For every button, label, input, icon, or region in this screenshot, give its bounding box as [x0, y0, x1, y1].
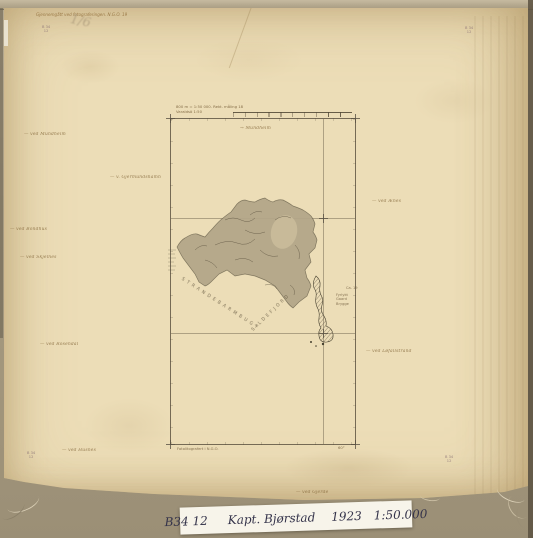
paper-stain — [60, 50, 120, 84]
corner-cross — [166, 440, 175, 449]
latitude-note: 60° — [338, 446, 345, 450]
narrow-island — [313, 276, 333, 342]
paper-corner-lift — [4, 20, 8, 46]
paper-stain — [194, 38, 304, 82]
scanned-map-sheet: Gjennemgått ved fotograferingen. N.G.O. … — [0, 0, 533, 538]
margin-annotation: — ved Bondhus — [10, 227, 47, 232]
sheet-stamp-top-left: B 34 12 — [42, 25, 50, 33]
sheet-stamp-bottom-right: B 34 12 — [445, 455, 453, 463]
margin-annotation: — ved Ænes — [372, 199, 401, 204]
survey-year: 1923 — [331, 508, 362, 523]
corner-cross — [166, 114, 175, 123]
print-note: Fotolitografert i N.G.O. — [177, 447, 219, 451]
margin-annotation: — ved Skjelnes — [20, 255, 57, 260]
margin-annotation: — ved Gjerde — [296, 490, 328, 495]
frame-ticks-bottom — [171, 442, 355, 445]
margin-annotation: — ved Rosendal — [40, 342, 78, 347]
margin-annotation: — v. Gjermundshamn — [110, 175, 161, 180]
thread-fray — [4, 488, 42, 516]
paper-stain — [284, 448, 414, 488]
map-legend: Ca. 19 Fyrlykt Gaard Brygge — [336, 286, 358, 306]
paper-wrinkles — [474, 16, 528, 496]
margin-annotation: — ved Husnes — [62, 448, 96, 453]
margin-annotation: — ved Mundheim — [24, 132, 66, 137]
sheet-stamp-bottom-left: B 34 12 — [27, 451, 35, 459]
corner-cross — [351, 440, 360, 449]
legend-item: Brygge — [336, 302, 358, 307]
legend-heading: Ca. 19 — [346, 286, 358, 291]
thread-fray — [0, 498, 27, 524]
frame-ticks-top — [171, 118, 355, 121]
map-scale: 1:50.000 — [374, 506, 428, 522]
sheet-stamp-top-right: B 34 12 — [465, 26, 473, 34]
paper-crease — [229, 6, 253, 68]
surveyor-name: Kapt. Bjørstad — [228, 510, 316, 527]
sheet-id: B34 12 — [164, 513, 208, 528]
scan-edge-right — [528, 0, 533, 538]
paper-stain — [84, 398, 174, 454]
scale-bar — [233, 112, 352, 117]
paper-stain — [414, 78, 494, 124]
catalogue-label: B34 12 Kapt. Bjørstad 1923 1:50.000 — [180, 500, 413, 534]
island-drawing — [165, 190, 365, 350]
scan-edge-left — [0, 8, 3, 338]
margin-annotation: — ved Løfallstrand — [366, 349, 412, 354]
corner-cross — [351, 114, 360, 123]
